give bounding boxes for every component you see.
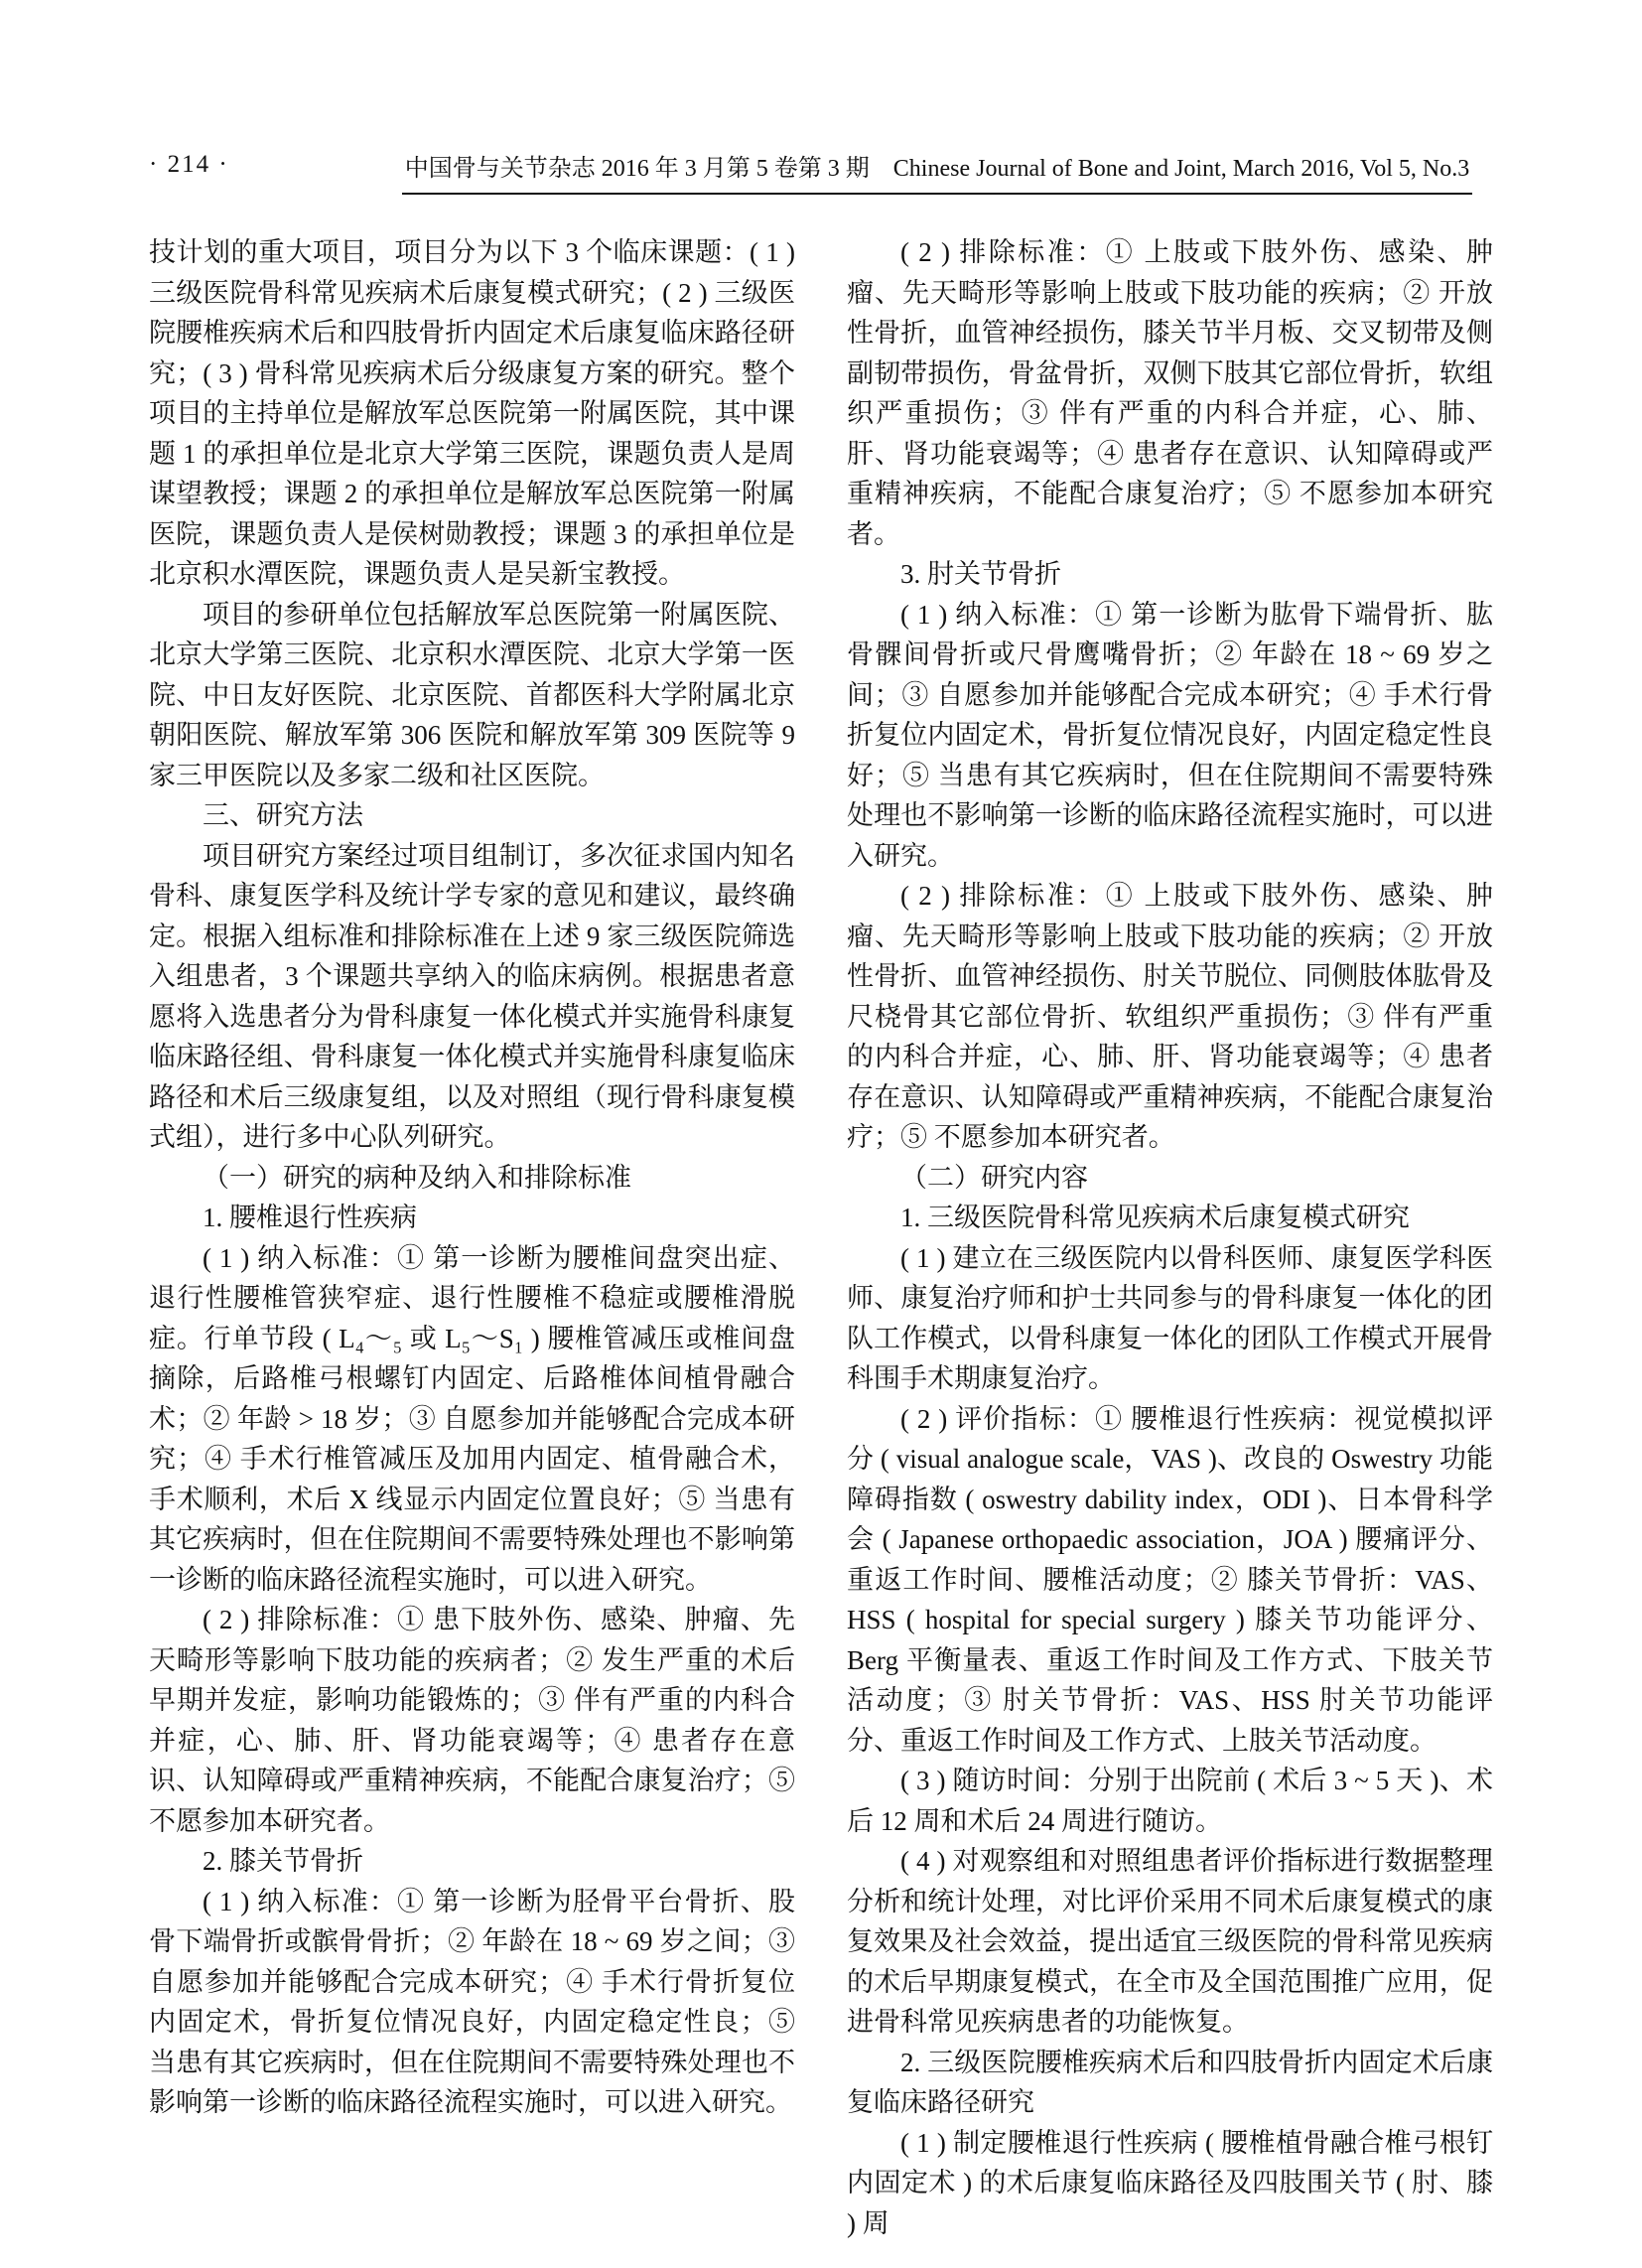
paragraph: ( 2 ) 评价指标：① 腰椎退行性疾病：视觉模拟评分 ( visual ana… [847,1399,1493,1762]
paragraph: 项目研究方案经过项目组制订，多次征求国内知名骨科、康复医学科及统计学专家的意见和… [149,836,795,1158]
paragraph: 3. 肘关节骨折 [847,554,1493,595]
paragraph: ( 1 ) 纳入标准：① 第一诊断为肱骨下端骨折、肱骨髁间骨折或尺骨鹰嘴骨折；②… [847,595,1493,877]
paragraph: 1. 腰椎退行性疾病 [149,1198,795,1238]
paragraph: 项目的参研单位包括解放军总医院第一附属医院、北京大学第三医院、北京积水潭医院、北… [149,595,795,796]
paragraph: 三、研究方法 [149,795,795,836]
paragraph: ( 2 ) 排除标准：① 上肢或下肢外伤、感染、肿瘤、先天畸形等影响上肢或下肢功… [847,876,1493,1158]
paragraph: 技计划的重大项目，项目分为以下 3 个临床课题：( 1 ) 三级医院骨科常见疾病… [149,232,795,595]
paragraph: ( 1 ) 纳入标准：① 第一诊断为胫骨平台骨折、股骨下端骨折或髌骨骨折；② 年… [149,1882,795,2123]
right-text-column: ( 2 ) 排除标准：① 上肢或下肢外伤、感染、肿瘤、先天畸形等影响上肢或下肢功… [847,232,1493,2243]
paragraph: ( 2 ) 排除标准：① 患下肢外伤、感染、肿瘤、先天畸形等影响下肢功能的疾病者… [149,1600,795,1841]
paragraph: 2. 膝关节骨折 [149,1841,795,1882]
paragraph: ( 2 ) 排除标准：① 上肢或下肢外伤、感染、肿瘤、先天畸形等影响上肢或下肢功… [847,232,1493,554]
paragraph: 1. 三级医院骨科常见疾病术后康复模式研究 [847,1198,1493,1238]
journal-header-title: 中国骨与关节杂志 2016 年 3 月第 5 卷第 3 期 Chinese Jo… [402,148,1472,195]
paragraph: 2. 三级医院腰椎疾病术后和四肢骨折内固定术后康复临床路径研究 [847,2043,1493,2123]
left-text-column: 技计划的重大项目，项目分为以下 3 个临床课题：( 1 ) 三级医院骨科常见疾病… [149,232,795,2123]
paragraph: ( 3 ) 随访时间：分别于出院前 ( 术后 3 ~ 5 天 )、术后 12 周… [847,1761,1493,1841]
paragraph: ( 4 ) 对观察组和对照组患者评价指标进行数据整理分析和统计处理，对比评价采用… [847,1841,1493,2043]
paragraph: ( 1 ) 建立在三级医院内以骨科医师、康复医学科医师、康复治疗师和护士共同参与… [847,1238,1493,1399]
paragraph: ( 1 ) 制定腰椎退行性疾病 ( 腰椎植骨融合椎弓根钉内固定术 ) 的术后康复… [847,2123,1493,2244]
paragraph: （二）研究内容 [847,1158,1493,1199]
paragraph: （一）研究的病种及纳入和排除标准 [149,1158,795,1199]
page-number: · 214 · [149,151,229,179]
paragraph: ( 1 ) 纳入标准：① 第一诊断为腰椎间盘突出症、退行性腰椎管狭窄症、退行性腰… [149,1238,795,1601]
journal-page: · 214 · 中国骨与关节杂志 2016 年 3 月第 5 卷第 3 期 Ch… [0,0,1642,2268]
